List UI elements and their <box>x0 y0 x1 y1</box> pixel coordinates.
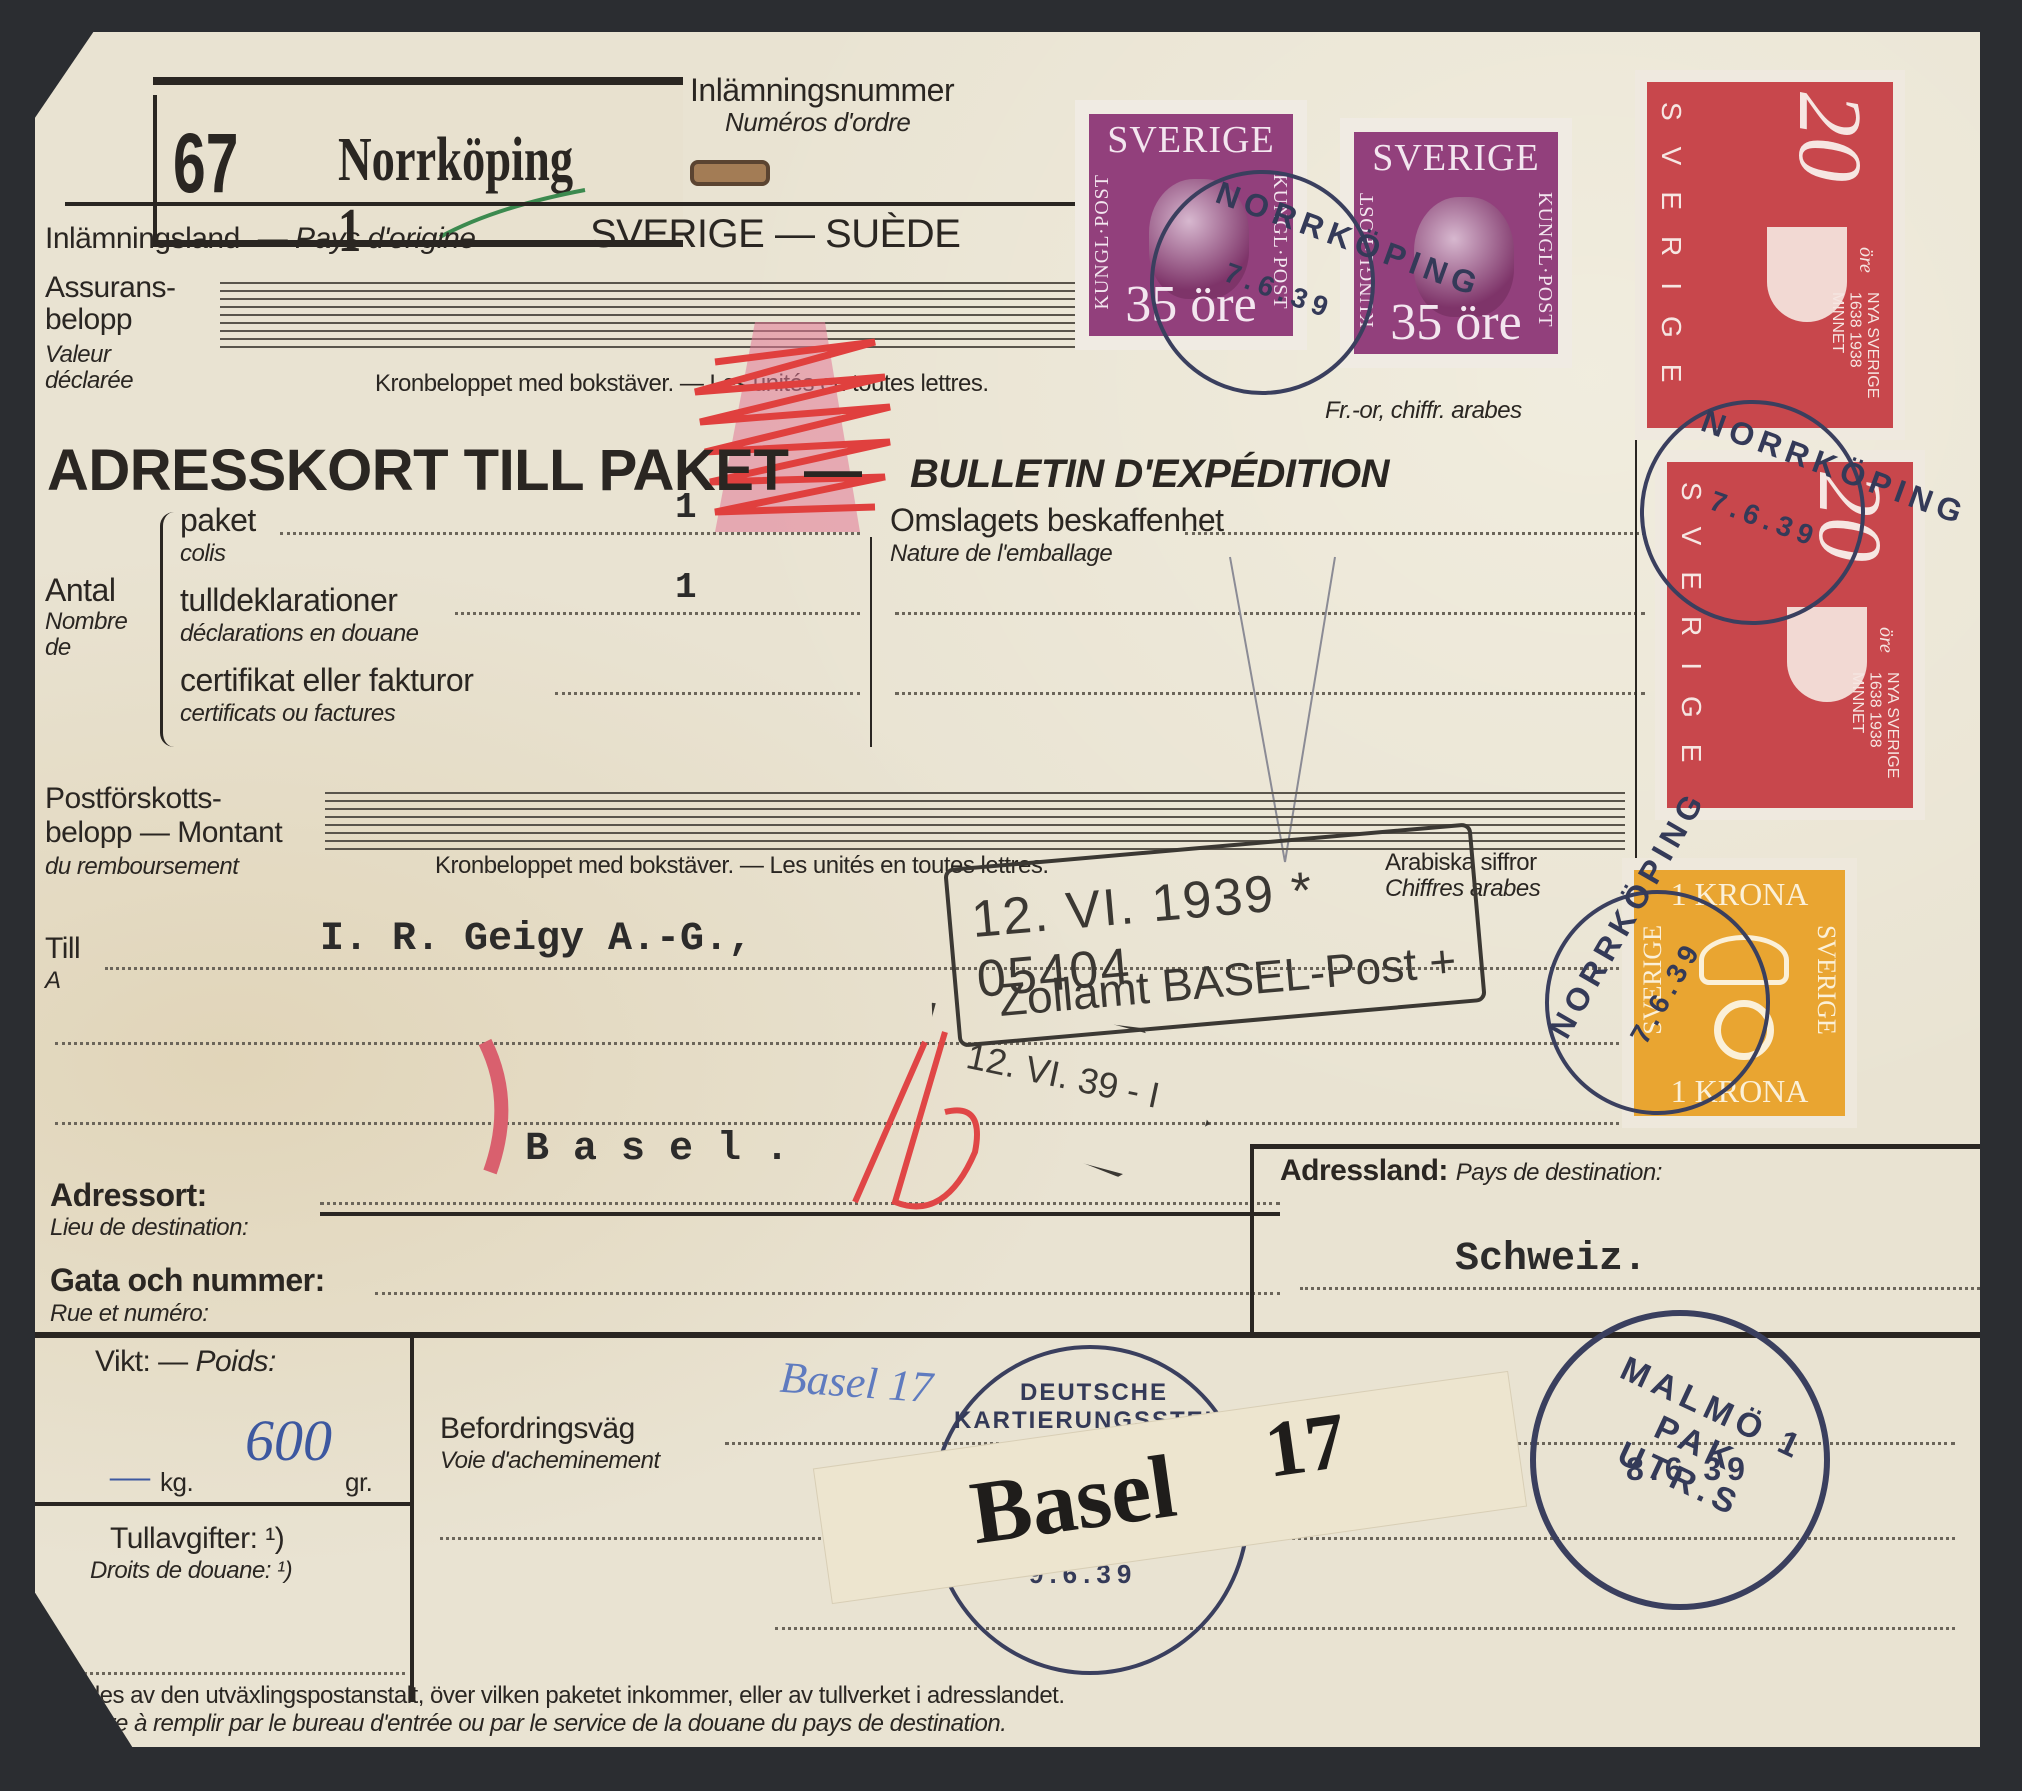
packaging-label: Omslagets beskaffenhet <box>890 502 1224 539</box>
footnote-fr: Cadre à remplir par le bureau d'entrée o… <box>65 1710 1006 1738</box>
quantity-group-label-fr: Nombre de <box>45 609 125 661</box>
weight-kg-value: — <box>110 1452 150 1499</box>
route-label: Befordringsväg <box>440 1412 635 1446</box>
stamp-20-ore: SVERIGE 20 öre NYA SVERIGE 1638 1938 MIN… <box>1635 70 1905 440</box>
destination-country-label: Adressland: <box>1280 1154 1448 1187</box>
packages-value: 1 <box>675 487 697 528</box>
staple-icon <box>690 160 770 186</box>
origin-value: SVERIGE — SUÈDE <box>590 212 960 257</box>
customs-declarations-value: 1 <box>675 567 697 608</box>
destination-country-value: Schweiz. <box>1455 1237 1647 1282</box>
form-title: ADRESSKORT TILL PAKET — <box>47 437 862 504</box>
destination-place-label: Adressort: <box>50 1177 207 1214</box>
insured-value-label-fr: Valeur déclarée <box>45 342 185 394</box>
cod-label-fr: du remboursement <box>45 850 282 884</box>
red-crayon-scribble <box>675 282 915 562</box>
weight-label-fr: Poids: <box>195 1345 275 1378</box>
postmark-malmo: MALMÖ 1 PAK UTR.S 8.6.39 <box>1530 1310 1830 1610</box>
office-number: 67 <box>173 115 238 212</box>
destination-place-label-fr: Lieu de destination: <box>50 1214 248 1242</box>
red-crayon-mark <box>465 1032 525 1182</box>
destination-country-label-fr: Pays de destination: <box>1456 1159 1662 1186</box>
street-label-fr: Rue et numéro: <box>50 1300 208 1328</box>
origin-label-fr: — Pays d'origine <box>258 222 476 255</box>
customs-label: Tullavgifter: ¹) <box>110 1522 284 1556</box>
customs-declarations-label-fr: déclarations en douane <box>180 620 419 648</box>
street-label: Gata och nummer: <box>50 1262 325 1299</box>
weight-gr-unit: gr. <box>345 1467 372 1498</box>
cod-label: Postförskotts- <box>45 782 282 816</box>
addressee-value: I. R. Geigy A.-G., <box>320 917 752 962</box>
customs-declarations-label: tulldeklarationer <box>180 582 397 619</box>
form-title-fr: BULLETIN D'EXPÉDITION <box>910 452 1389 497</box>
packages-label: paket <box>180 502 256 539</box>
lodging-number-label-fr: Numéros d'ordre <box>725 107 910 138</box>
quantity-group-label: Antal <box>45 572 115 609</box>
insured-value-label: Assurans-belopp <box>45 272 195 336</box>
certificates-label: certifikat eller fakturor <box>180 662 473 699</box>
destination-place-value: B a s e l . <box>525 1127 789 1172</box>
footnote: ¹) Ifylles av den utväxlingspostanstalt,… <box>45 1682 1065 1710</box>
route-handwritten: Basel 17 <box>778 1352 934 1414</box>
certificates-label-fr: certificats ou factures <box>180 700 395 728</box>
addressee-label: Till <box>45 932 80 966</box>
insured-value-lines <box>220 282 1100 354</box>
cod-label-2: belopp — Montant <box>45 816 282 850</box>
customs-label-fr: Droits de douane: ¹) <box>90 1557 292 1585</box>
lodging-number-label: Inlämningsnummer <box>690 72 954 109</box>
insured-value-figures-caption: Fr.-or, chiffr. arabes <box>1325 397 1522 425</box>
packaging-label-fr: Nature de l'emballage <box>890 540 1112 568</box>
origin-label: Inlämningsland <box>45 222 240 255</box>
routing-label-number: 17 <box>1260 1396 1352 1497</box>
weight-gr-value: 600 <box>245 1407 332 1474</box>
packages-label-fr: colis <box>180 540 226 568</box>
weight-label: Vikt: — <box>95 1345 188 1378</box>
weight-kg-unit: kg. <box>160 1467 193 1498</box>
route-label-fr: Voie d'acheminement <box>440 1447 660 1475</box>
routing-label-city: Basel <box>965 1435 1182 1566</box>
addressee-label-fr: A <box>45 967 61 995</box>
brace <box>160 512 178 747</box>
